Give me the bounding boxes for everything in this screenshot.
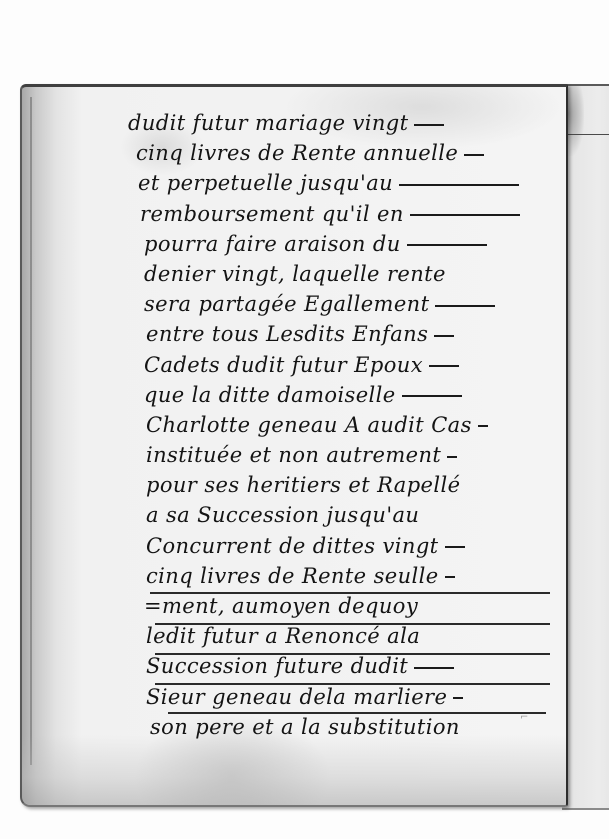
- manuscript-line: denier vingt, laquelle rente: [128, 259, 580, 289]
- manuscript-line: cinq livres de Rente annuelle: [128, 138, 580, 168]
- margin-mark: ⌐: [520, 712, 528, 723]
- manuscript-line: et perpetuelle jusqu'au: [128, 168, 580, 198]
- manuscript-line: Cadets dudit futur Epoux: [128, 350, 580, 380]
- line-filler-stroke: [402, 395, 462, 397]
- line-filler-stroke: [435, 305, 495, 307]
- manuscript-line-text: sera partagée Egallement: [144, 292, 429, 316]
- line-filler-stroke: [414, 124, 444, 126]
- manuscript-line-text: dudit futur mariage vingt: [128, 111, 408, 135]
- manuscript-line-text: Succession future dudit: [146, 654, 408, 678]
- manuscript-text: dudit futur mariage vingtcinq livres de …: [128, 108, 580, 742]
- manuscript-line-text: et perpetuelle jusqu'au: [138, 171, 393, 195]
- manuscript-line: =ment, aumoyen dequoy: [128, 591, 580, 621]
- manuscript-line-text: entre tous Lesdits Enfans: [146, 322, 428, 346]
- page-left-edge: [30, 97, 32, 765]
- manuscript-line: son pere et a la substitution: [128, 712, 580, 742]
- manuscript-line: pour ses heritiers et Rapellé: [128, 470, 580, 500]
- manuscript-line: ledit futur a Renoncé ala: [128, 621, 580, 651]
- manuscript-line: sera partagée Egallement: [128, 289, 580, 319]
- manuscript-line-text: instituée et non autrement: [146, 443, 441, 467]
- line-filler-stroke: [410, 214, 520, 216]
- line-filler-stroke: [407, 244, 487, 246]
- manuscript-line-text: Sieur geneau dela marliere: [146, 685, 447, 709]
- manuscript-line: Succession future dudit: [128, 651, 580, 681]
- line-filler-stroke: [434, 335, 454, 337]
- manuscript-line: Sieur geneau dela marliere: [128, 682, 580, 712]
- manuscript-line-text: cinq livres de Rente annuelle: [136, 141, 458, 165]
- manuscript-line-text: que la ditte damoiselle: [144, 383, 396, 407]
- manuscript-line: cinq livres de Rente seulle: [128, 561, 580, 591]
- line-filler-stroke: [447, 456, 457, 458]
- manuscript-line: a sa Succession jusqu'au: [128, 500, 580, 530]
- line-filler-stroke: [414, 667, 454, 669]
- manuscript-line: dudit futur mariage vingt: [128, 108, 580, 138]
- scanned-page-viewport: dudit futur mariage vingtcinq livres de …: [0, 0, 609, 839]
- manuscript-line: pourra faire araison du: [128, 229, 580, 259]
- manuscript-line-text: son pere et a la substitution: [150, 715, 460, 739]
- manuscript-line: que la ditte damoiselle: [128, 380, 580, 410]
- manuscript-line: remboursement qu'il en: [128, 199, 580, 229]
- manuscript-line-text: Concurrent de dittes vingt: [146, 534, 439, 558]
- manuscript-line-text: remboursement qu'il en: [140, 202, 404, 226]
- manuscript-line: Concurrent de dittes vingt: [128, 531, 580, 561]
- manuscript-line-text: a sa Succession jusqu'au: [146, 503, 419, 527]
- manuscript-line-text: cinq livres de Rente seulle: [146, 564, 439, 588]
- manuscript-line-text: pour ses heritiers et Rapellé: [146, 473, 460, 497]
- line-filler-stroke: [478, 425, 488, 427]
- page-bottom-stain: [22, 735, 566, 805]
- manuscript-line-text: pourra faire araison du: [144, 232, 401, 256]
- line-filler-stroke: [453, 697, 463, 699]
- manuscript-line-text: denier vingt, laquelle rente: [144, 262, 446, 286]
- manuscript-line-text: =ment, aumoyen dequoy: [144, 594, 418, 618]
- line-filler-stroke: [445, 576, 455, 578]
- manuscript-line: entre tous Lesdits Enfans: [128, 319, 580, 349]
- manuscript-line-text: Cadets dudit futur Epoux: [144, 353, 423, 377]
- manuscript-line-text: ledit futur a Renoncé ala: [146, 624, 420, 648]
- line-filler-stroke: [445, 546, 465, 548]
- manuscript-line-text: Charlotte geneau A audit Cas: [146, 413, 472, 437]
- line-filler-stroke: [464, 154, 484, 156]
- manuscript-line: instituée et non autrement: [128, 440, 580, 470]
- manuscript-line: Charlotte geneau A audit Cas: [128, 410, 580, 440]
- line-filler-stroke: [429, 365, 459, 367]
- line-filler-stroke: [399, 184, 519, 186]
